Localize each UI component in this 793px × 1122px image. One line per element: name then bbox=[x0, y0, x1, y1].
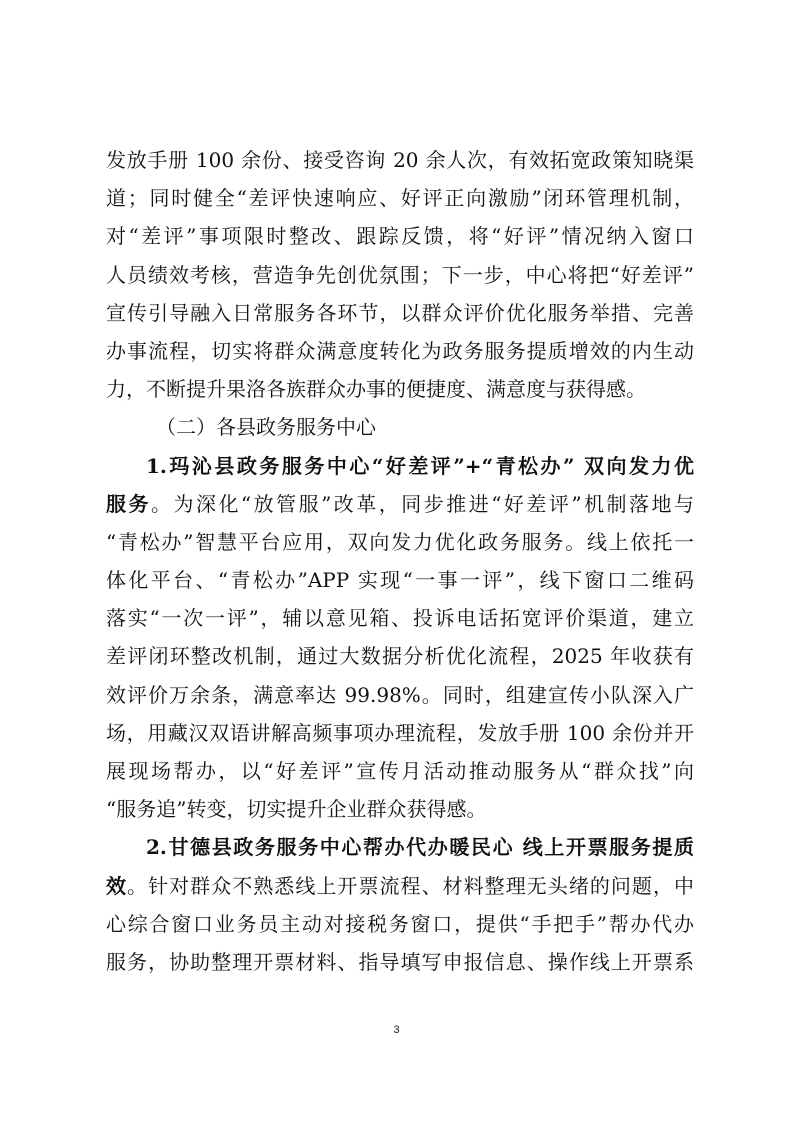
text-line: 办事流程，切实将群众满意度转化为政务服务提质增效的内生动 bbox=[106, 332, 694, 370]
text-line: 场，用藏汉双语讲解高频事项办理流程，发放手册 100 余份并开 bbox=[106, 714, 694, 752]
item1-text: 。为深化“放管服”改革，同步推进“好差评”机制落地与 bbox=[151, 492, 694, 516]
text-line: 落实“一次一评”，辅以意见箱、投诉电话拓宽评价渠道，建立 bbox=[106, 599, 694, 637]
page-number: 3 bbox=[0, 1024, 793, 1036]
item1-title: 1.玛沁县政务服务中心“好差评”+“青松办” 双向发力优 bbox=[106, 447, 694, 485]
text-line: 展现场帮办，以“好差评”宣传月活动推动服务从“群众找”向 bbox=[106, 752, 694, 790]
text-line: 效。针对群众不熟悉线上开票流程、材料整理无头绪的问题，中 bbox=[106, 867, 694, 905]
text-line: “青松办”智慧平台应用，双向发力优化政务服务。线上依托一 bbox=[106, 523, 694, 561]
text-line: 道；同时健全“差评快速响应、好评正向激励”闭环管理机制， bbox=[106, 179, 694, 217]
body-text: 发放手册 100 余份、接受咨询 20 余人次，有效拓宽政策知晓渠 道；同时健全… bbox=[106, 141, 694, 981]
text-line: 心综合窗口业务员主动对接税务窗口，提供“手把手”帮办代办 bbox=[106, 905, 694, 943]
text-line: 发放手册 100 余份、接受咨询 20 余人次，有效拓宽政策知晓渠 bbox=[106, 141, 694, 179]
text-line: “服务追”转变，切实提升企业群众获得感。 bbox=[106, 790, 694, 828]
text-line: 服务，协助整理开票材料、指导填写申报信息、操作线上开票系 bbox=[106, 943, 694, 981]
text-line: 力，不断提升果洛各族群众办事的便捷度、满意度与获得感。 bbox=[106, 370, 694, 408]
document-page: 发放手册 100 余份、接受咨询 20 余人次，有效拓宽政策知晓渠 道；同时健全… bbox=[0, 0, 793, 1122]
text-line: 效评价万余条，满意率达 99.98%。同时，组建宣传小队深入广 bbox=[106, 676, 694, 714]
text-line: 对“差评”事项限时整改、跟踪反馈，将“好评”情况纳入窗口 bbox=[106, 217, 694, 255]
text-line: 服务。为深化“放管服”改革，同步推进“好差评”机制落地与 bbox=[106, 485, 694, 523]
item1-title-end: 服务 bbox=[106, 492, 151, 516]
text-line: 人员绩效考核，营造争先创优氛围；下一步，中心将把“好差评” bbox=[106, 256, 694, 294]
text-line: 体化平台、“青松办”APP 实现“一事一评”，线下窗口二维码 bbox=[106, 561, 694, 599]
item2-title: 2.甘德县政务服务中心帮办代办暖民心 线上开票服务提质 bbox=[106, 828, 694, 866]
text-line: 宣传引导融入日常服务各环节，以群众评价优化服务举措、完善 bbox=[106, 294, 694, 332]
item2-text: 。针对群众不熟悉线上开票流程、材料整理无头绪的问题，中 bbox=[127, 874, 694, 898]
section-heading: （二）各县政务服务中心 bbox=[106, 408, 694, 446]
text-line: 差评闭环整改机制，通过大数据分析优化流程，2025 年收获有 bbox=[106, 637, 694, 675]
item2-title-end: 效 bbox=[106, 874, 127, 898]
